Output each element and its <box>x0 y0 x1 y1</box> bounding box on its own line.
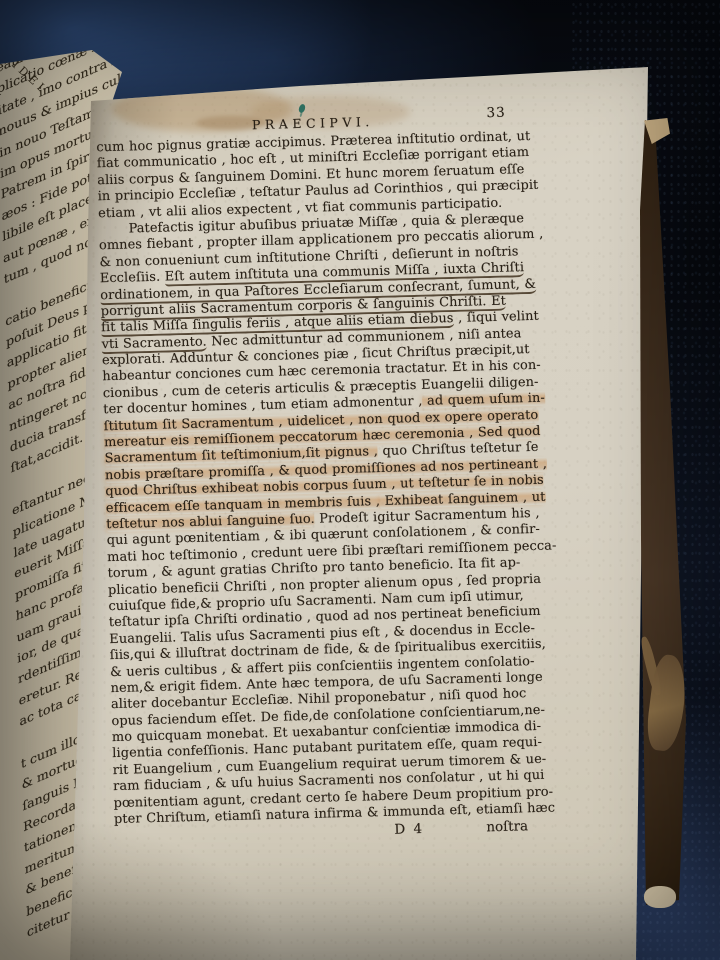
signature-mark: D 4 <box>394 821 424 838</box>
page-text-block: PRAECIPVI. 33 cum hoc pignus gratiæ acci… <box>96 107 539 847</box>
page-number: 33 <box>486 105 506 121</box>
highlighted-text: ad quem uſum in- <box>422 391 545 409</box>
catchword: noſtra <box>486 819 528 836</box>
book-page: PRAECIPVI. 33 cum hoc pignus gratiæ acci… <box>0 0 720 960</box>
printed-text: Eccleſiis. <box>100 270 165 287</box>
body-text: cum hoc pignus gratiæ accipimus. Prætere… <box>96 129 538 828</box>
photo-of-open-book: eamur beneficii Chrplicatio cœnæ Domitat… <box>0 0 720 960</box>
printed-text: , ſiqui velint <box>453 309 539 326</box>
running-header: PRAECIPVI. <box>242 114 374 132</box>
leather-tip <box>644 886 676 908</box>
